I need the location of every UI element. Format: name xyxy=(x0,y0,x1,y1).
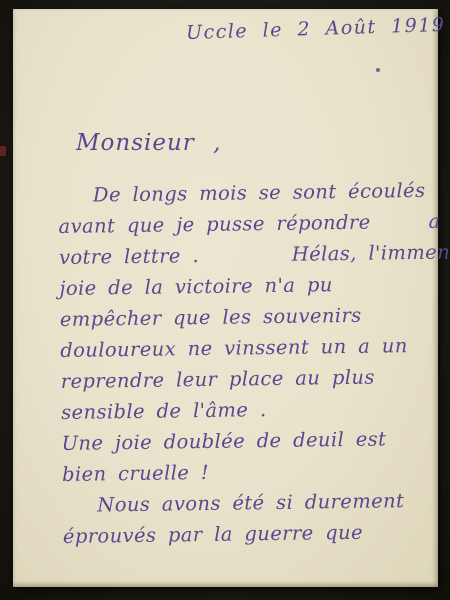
salutation: Monsieur , xyxy=(76,130,221,156)
body-line: éprouvés par la guerre que xyxy=(63,520,438,556)
letter-photograph: Uccle le 2 Août 1919 . Monsieur , De lon… xyxy=(0,0,450,600)
letter-body: De longs mois se sont écoulés avant que … xyxy=(58,179,438,556)
ink-dot xyxy=(376,68,380,72)
red-edge-mark xyxy=(0,146,6,156)
